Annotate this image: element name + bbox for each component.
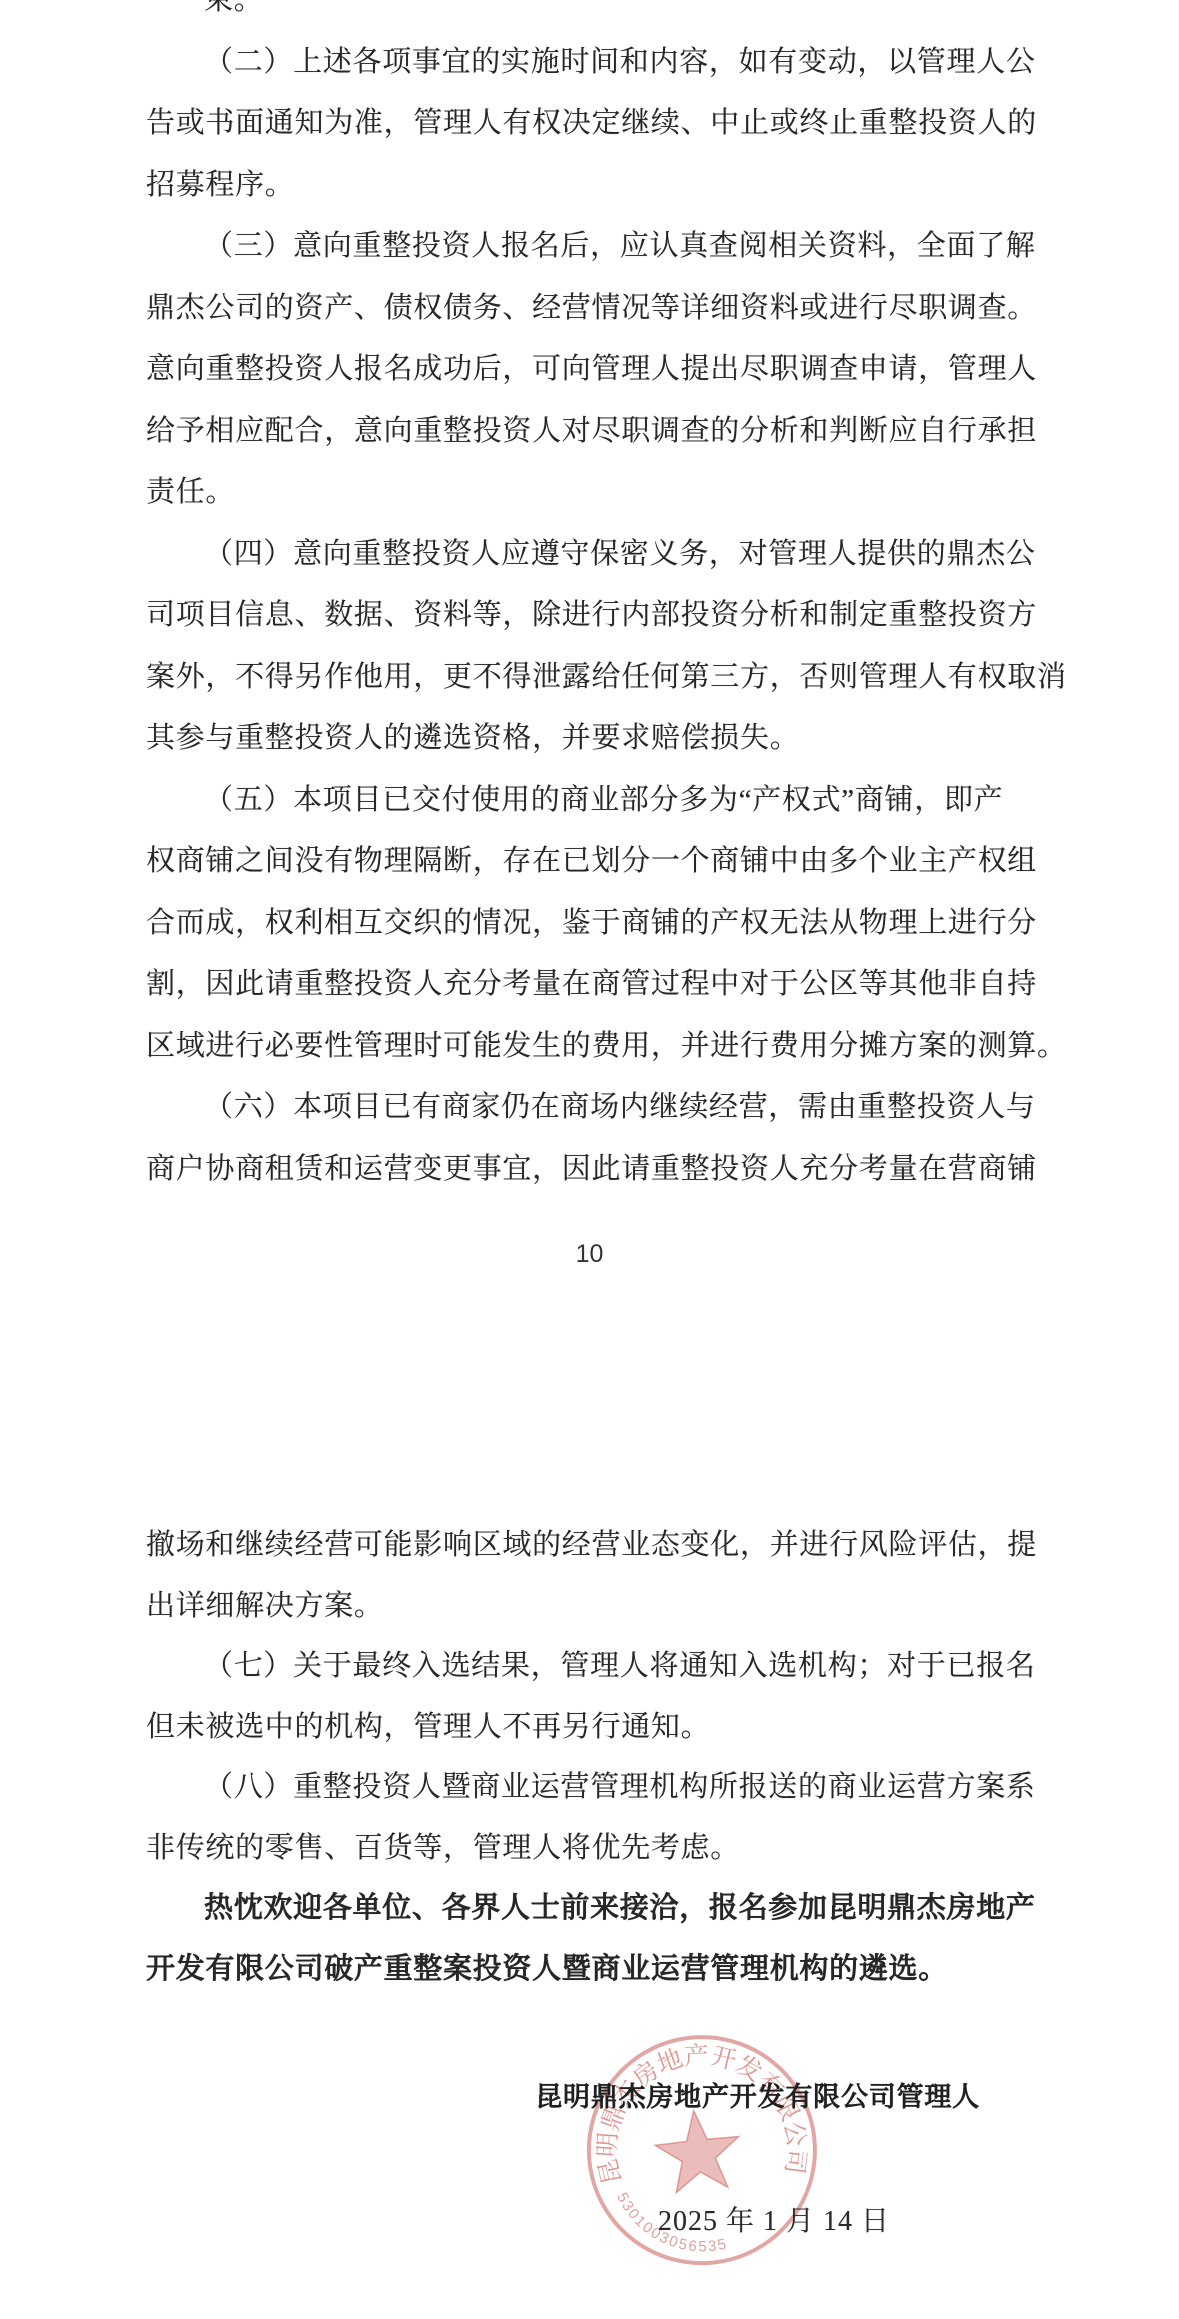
text-line: 合而成，权利相互交织的情况，鉴于商铺的产权无法从物理上进行分 [146,893,1051,955]
text-line: （五）本项目已交付使用的商业部分多为“产权式”商铺，即产 [146,770,1051,832]
text-line: 商户协商租赁和运营变更事宜，因此请重整投资人充分考量在营商铺 [146,1139,1051,1201]
text-line: 意向重整投资人报名成功后，可向管理人提出尽职调查申请，管理人 [146,339,1051,401]
text-line: 开发有限公司破产重整案投资人暨商业运营管理机构的遴选。 [146,1939,1051,2000]
text-line: 割，因此请重整投资人充分考量在商管过程中对于公区等其他非自持 [146,954,1051,1016]
text-line: 招募程序。 [146,155,1051,217]
text-line: 案外，不得另作他用，更不得泄露给任何第三方，否则管理人有权取消 [146,647,1051,709]
document-scan: 束。（二）上述各项事宜的实施时间和内容，如有变动，以管理人公告或书面通知为准，管… [0,0,1179,2319]
text-line: （二）上述各项事宜的实施时间和内容，如有变动，以管理人公 [146,32,1051,94]
page1-text-block: 束。（二）上述各项事宜的实施时间和内容，如有变动，以管理人公告或书面通知为准，管… [146,0,1051,1200]
text-line: 区域进行必要性管理时可能发生的费用，并进行费用分摊方案的测算。 [146,1016,1051,1078]
text-line: 束。 [146,0,1051,32]
text-line: 给予相应配合，意向重整投资人对尽职调查的分析和判断应自行承担 [146,401,1051,463]
seal-star-icon [652,2106,744,2194]
text-line: 非传统的零售、百货等，管理人将优先考虑。 [146,1818,1051,1879]
text-line: 其参与重整投资人的遴选资格，并要求赔偿损失。 [146,708,1051,770]
text-line: 鼎杰公司的资产、债权债务、经营情况等详细资料或进行尽职调查。 [146,278,1051,340]
text-line: 责任。 [146,462,1051,524]
text-line: 权商铺之间没有物理隔断，存在已划分一个商铺中由多个业主产权组 [146,831,1051,893]
text-line: 但未被选中的机构，管理人不再另行通知。 [146,1697,1051,1758]
date-line: 2025 年 1 月 14 日 [658,2204,890,2240]
text-line: 撤场和继续经营可能影响区域的经营业态变化，并进行风险评估，提 [146,1515,1051,1576]
text-line: 出详细解决方案。 [146,1576,1051,1637]
text-line: 热忱欢迎各单位、各界人士前来接洽，报名参加昆明鼎杰房地产 [146,1878,1051,1939]
text-line: （六）本项目已有商家仍在商场内继续经营，需由重整投资人与 [146,1077,1051,1139]
text-line: （四）意向重整投资人应遵守保密义务，对管理人提供的鼎杰公 [146,524,1051,586]
signature-line: 昆明鼎杰房地产开发有限公司管理人 [535,2077,980,2117]
text-line: （七）关于最终入选结果，管理人将通知入选机构；对于已报名 [146,1636,1051,1697]
page-number: 10 [0,1240,1179,1269]
text-line: （八）重整投资人暨商业运营管理机构所报送的商业运营方案系 [146,1757,1051,1818]
text-line: 司项目信息、数据、资料等，除进行内部投资分析和制定重整投资方 [146,585,1051,647]
company-seal: 昆明鼎杰房地产开发有限公司 5301003056535 [571,2021,834,2281]
text-line: （三）意向重整投资人报名后，应认真查阅相关资料，全面了解 [146,216,1051,278]
text-line: 告或书面通知为准，管理人有权决定继续、中止或终止重整投资人的 [146,93,1051,155]
page2-text-block: 撤场和继续经营可能影响区域的经营业态变化，并进行风险评估，提出详细解决方案。（七… [146,1515,1051,1999]
